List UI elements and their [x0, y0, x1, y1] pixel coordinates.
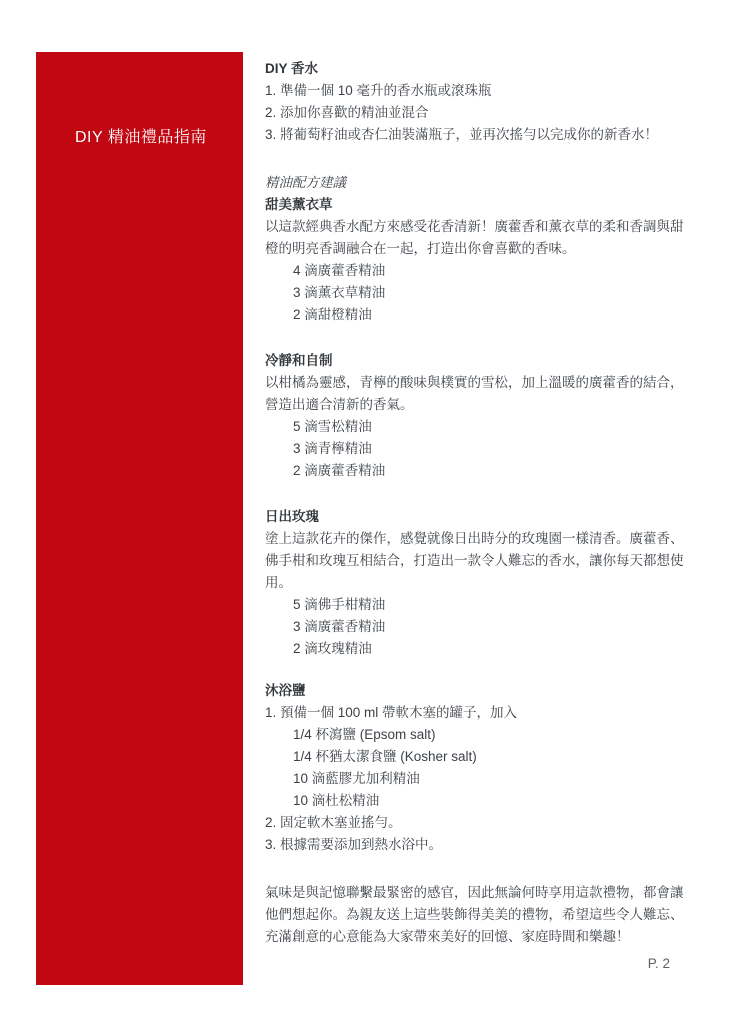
- section-diy-perfume: DIY 香水 1. 準備一個 10 毫升的香水瓶或滾珠瓶 2. 添加你喜歡的精油…: [265, 58, 693, 146]
- closing-paragraph: 氣味是與記憶聯繫最緊密的感官，因此無論何時享用這款禮物，都會讓他們想起你。為親友…: [265, 882, 693, 948]
- recipe-suggestions-label: 精油配方建議: [265, 172, 693, 194]
- bath-salt-step-1: 1. 預備一個 100 ml 帶軟木塞的罐子，加入: [265, 702, 693, 724]
- perfume-step-2: 2. 添加你喜歡的精油並混合: [265, 102, 693, 124]
- heading-diy-perfume: DIY 香水: [265, 58, 693, 80]
- perfume-step-1: 1. 準備一個 10 毫升的香水瓶或滾珠瓶: [265, 80, 693, 102]
- section-bath-salt: 沐浴鹽 1. 預備一個 100 ml 帶軟木塞的罐子，加入 1/4 杯瀉鹽 (E…: [265, 680, 693, 856]
- recipe-sunrise-rose: 日出玫瑰 塗上這款花卉的傑作，感覺就像日出時分的玫瑰園一樣清香。廣藿香、佛手柑和…: [265, 506, 693, 660]
- recipe-ingredient: 2 滴廣藿香精油: [265, 460, 693, 482]
- recipe-ingredient: 2 滴甜橙精油: [265, 304, 693, 326]
- recipe-description: 以這款經典香水配方來感受花香清新！廣藿香和薰衣草的柔和香調與甜橙的明亮香調融合在…: [265, 216, 693, 260]
- recipe-name: 日出玫瑰: [265, 506, 693, 528]
- recipe-name: 冷靜和自制: [265, 350, 693, 372]
- recipe-ingredient: 2 滴玫瑰精油: [265, 638, 693, 660]
- recipe-name: 甜美薰衣草: [265, 194, 693, 216]
- sidebar-banner: DIY 精油禮品指南: [36, 52, 243, 985]
- recipe-ingredient: 4 滴廣藿香精油: [265, 260, 693, 282]
- recipe-ingredient: 3 滴青檸精油: [265, 438, 693, 460]
- bath-salt-ingredient: 1/4 杯猶太潔食鹽 (Kosher salt): [265, 746, 693, 768]
- page-number: P. 2: [648, 956, 670, 971]
- recipe-sweet-lavender: 甜美薰衣草 以這款經典香水配方來感受花香清新！廣藿香和薰衣草的柔和香調與甜橙的明…: [265, 194, 693, 326]
- recipe-calm-collected: 冷靜和自制 以柑橘為靈感，青檸的酸味與樸實的雪松，加上溫暖的廣藿香的結合，營造出…: [265, 350, 693, 482]
- bath-salt-ingredient: 10 滴藍膠尤加利精油: [265, 768, 693, 790]
- document-title: DIY 精油禮品指南: [75, 124, 207, 147]
- bath-salt-step-3: 3. 根據需要添加到熱水浴中。: [265, 834, 693, 856]
- recipe-description: 以柑橘為靈感，青檸的酸味與樸實的雪松，加上溫暖的廣藿香的結合，營造出適合清新的香…: [265, 372, 693, 416]
- recipe-ingredient: 5 滴雪松精油: [265, 416, 693, 438]
- bath-salt-ingredient: 1/4 杯瀉鹽 (Epsom salt): [265, 724, 693, 746]
- content-area: DIY 香水 1. 準備一個 10 毫升的香水瓶或滾珠瓶 2. 添加你喜歡的精油…: [265, 58, 693, 948]
- bath-salt-ingredient: 10 滴杜松精油: [265, 790, 693, 812]
- recipe-ingredient: 3 滴廣藿香精油: [265, 616, 693, 638]
- bath-salt-step-2: 2. 固定軟木塞並搖勻。: [265, 812, 693, 834]
- perfume-step-3: 3. 將葡萄籽油或杏仁油裝滿瓶子，並再次搖勻以完成你的新香水！: [265, 124, 693, 146]
- recipe-ingredient: 3 滴薰衣草精油: [265, 282, 693, 304]
- recipe-description: 塗上這款花卉的傑作，感覺就像日出時分的玫瑰園一樣清香。廣藿香、佛手柑和玫瑰互相結…: [265, 528, 693, 594]
- recipe-ingredient: 5 滴佛手柑精油: [265, 594, 693, 616]
- document-page: DIY 精油禮品指南 DIY 香水 1. 準備一個 10 毫升的香水瓶或滾珠瓶 …: [0, 0, 729, 1023]
- heading-bath-salt: 沐浴鹽: [265, 680, 693, 702]
